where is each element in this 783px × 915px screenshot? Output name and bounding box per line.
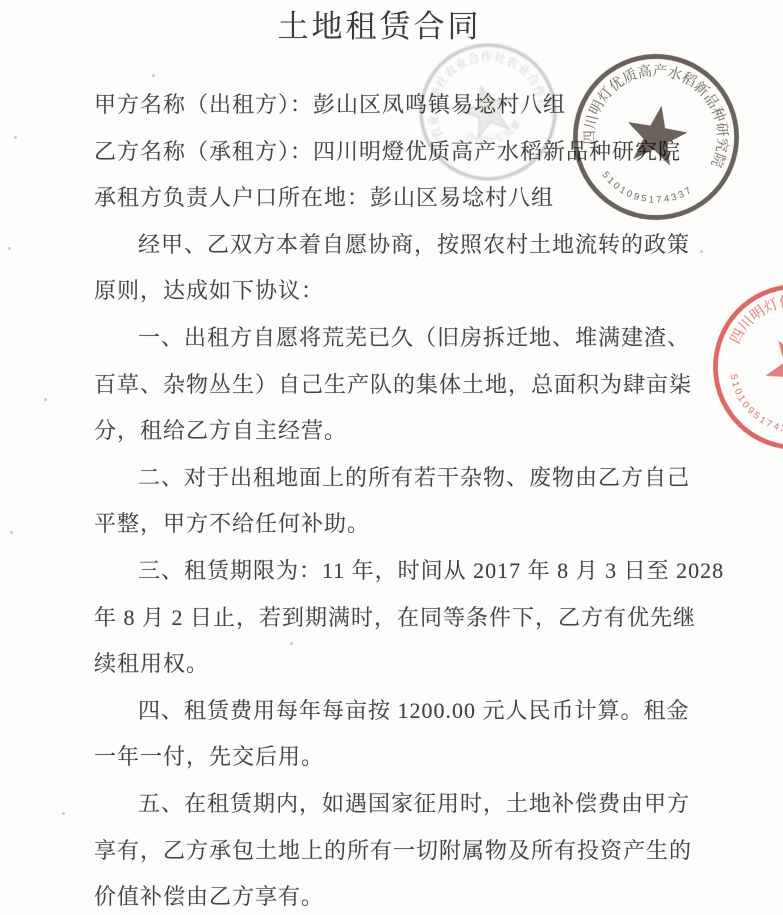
contract-line: 四、租赁费用每年每亩按 1200.00 元人民币计算。租金	[94, 688, 734, 735]
scan-speck	[62, 812, 65, 815]
contract-line: 一年一付，先交后用。	[94, 734, 734, 781]
star-icon	[756, 323, 783, 406]
contract-line: 甲方名称（出租方）：彭山区凤鸣镇易埝村八组	[94, 82, 734, 129]
contract-line: 百草、杂物丛生）自己生产队的集体土地，总面积为肆亩柒	[94, 362, 734, 409]
contract-line: 承租方负责人户口所在地：彭山区易埝村八组	[94, 175, 734, 222]
scan-speck	[700, 250, 703, 253]
contract-line: 原则，达成如下协议：	[94, 268, 734, 315]
page-title: 土地租赁合同	[0, 1, 771, 46]
contract-line: 享有，乙方承包土地上的所有一切附属物及所有投资产生的	[94, 828, 734, 875]
contract-line: 年 8 月 2 日止，若到期满时，在同等条件下，乙方有优先继	[94, 595, 734, 642]
scan-speck	[44, 398, 47, 401]
scan-speck	[10, 531, 13, 534]
contract-line: 一、出租方自愿将荒芜已久（旧房拆迁地、堆满建渣、	[94, 315, 734, 362]
contract-line: 价值补偿由乙方享有。	[94, 874, 734, 915]
contract-line: 分，租给乙方自主经营。	[94, 408, 734, 455]
scan-speck	[152, 74, 155, 77]
contract-line: 乙方名称（承租方）：四川明燈优质高产水稻新品种研究院	[94, 129, 734, 176]
scan-speck	[290, 642, 293, 645]
contract-body: 甲方名称（出租方）：彭山区凤鸣镇易埝村八组乙方名称（承租方）：四川明燈优质高产水…	[94, 82, 734, 915]
scan-speck	[14, 136, 17, 139]
scan-speck	[8, 247, 11, 250]
contract-line: 经甲、乙双方本着自愿协商，按照农村土地流转的政策	[94, 222, 734, 269]
contract-line: 续租用权。	[94, 641, 734, 688]
contract-line: 五、在租赁期内，如遇国家征用时，土地补偿费由甲方	[94, 781, 734, 828]
contract-line: 三、租赁期限为：11 年，时间从 2017 年 8 月 3 日至 2028	[94, 548, 734, 595]
contract-page: 土地租赁合同 甲方名称（出租方）：彭山区凤鸣镇易埝村八组乙方名称（承租方）：四川…	[0, 0, 783, 915]
contract-line: 二、对于出租地面上的所有若干杂物、废物由乙方自己	[94, 455, 734, 502]
contract-line: 平整，甲方不给任何补助。	[94, 501, 734, 548]
